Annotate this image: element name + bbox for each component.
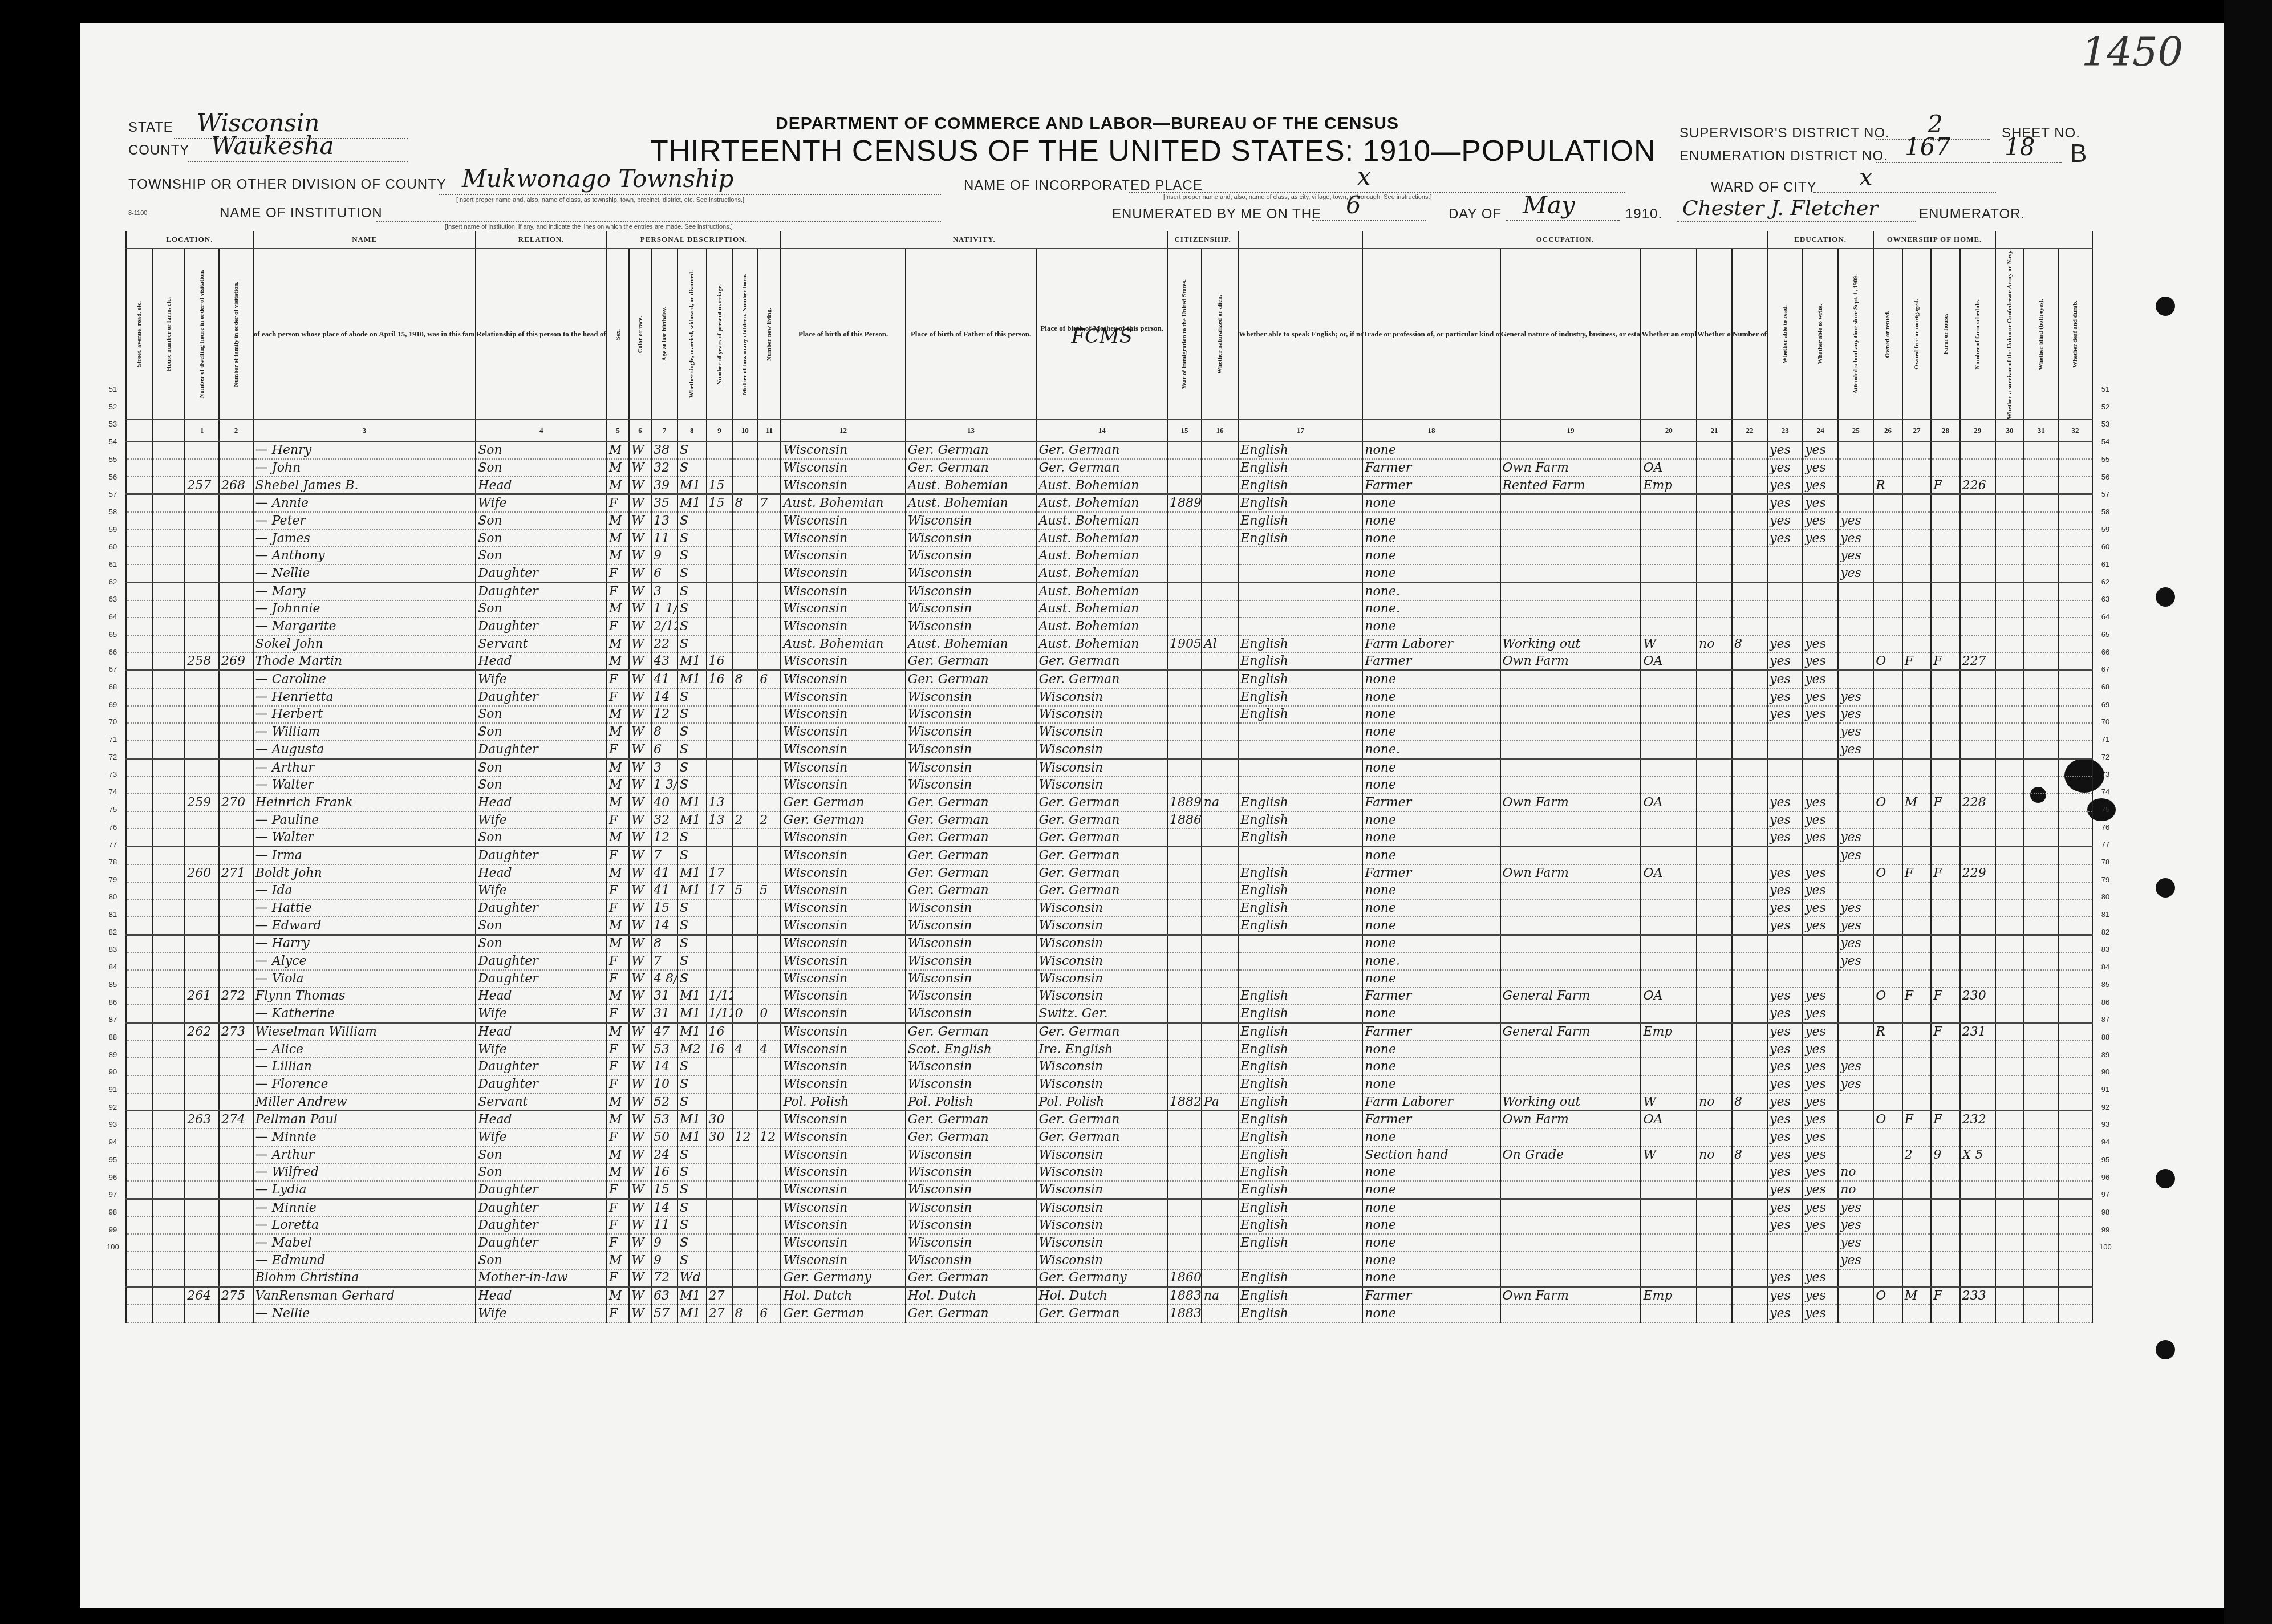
language-cell: English (1238, 688, 1362, 706)
years-married-cell (707, 970, 733, 988)
immigration-year-cell: 1886 (1167, 811, 1202, 829)
industry-cell (1500, 829, 1641, 846)
race-cell: W (629, 758, 651, 776)
dwelling-number-cell (185, 899, 219, 917)
line-number: 77 (2094, 840, 2117, 848)
marital-status-cell: S (677, 512, 707, 530)
free-mortgaged-cell: 2 (1902, 1146, 1932, 1164)
children-living-cell: 6 (757, 671, 781, 688)
veteran-cell (1995, 776, 2024, 794)
free-mortgaged-cell: M (1902, 1287, 1932, 1305)
relationship-cell: Head (476, 477, 607, 494)
out-of-work-cell (1697, 723, 1732, 741)
attended-school-cell (1838, 1305, 1873, 1322)
trade-cell: none (1362, 899, 1500, 917)
can-read-cell: yes (1767, 1146, 1803, 1164)
can-read-cell (1767, 952, 1803, 970)
race-cell: W (629, 1217, 651, 1235)
birthplace-cell: Wisconsin (781, 671, 905, 688)
attended-school-cell (1838, 1146, 1873, 1164)
race-cell: W (629, 706, 651, 724)
industry-cell (1500, 1181, 1641, 1199)
col-name: of each person whose place of abode on A… (253, 249, 476, 420)
sex-cell: M (607, 723, 629, 741)
person-name-cell: Sokel John (253, 635, 476, 653)
father-birthplace-cell: Wisconsin (906, 512, 1037, 530)
col-language: Whether able to speak English; or, if no… (1238, 249, 1362, 420)
immigration-year-cell (1167, 882, 1202, 900)
children-born-cell (733, 1252, 758, 1269)
race-cell: W (629, 829, 651, 846)
years-married-cell: 13 (707, 811, 733, 829)
can-write-cell (1803, 547, 1838, 565)
father-birthplace-cell: Wisconsin (906, 776, 1037, 794)
years-married-cell (707, 512, 733, 530)
farm-house-cell: F (1931, 1023, 1960, 1041)
father-birthplace-cell: Scot. English (906, 1041, 1037, 1058)
free-mortgaged-cell (1902, 706, 1932, 724)
marital-status-cell: S (677, 970, 707, 988)
census-row: 260271Boldt JohnHeadMW41M117WisconsinGer… (126, 864, 2092, 882)
children-born-cell (733, 864, 758, 882)
dwelling-number-cell (185, 1146, 219, 1164)
free-mortgaged-cell (1902, 1234, 1932, 1252)
trade-cell: none (1362, 811, 1500, 829)
marital-status-cell: S (677, 565, 707, 582)
family-number-cell: 274 (219, 1111, 253, 1128)
column-number: 21 (1697, 420, 1732, 441)
mother-birthplace-cell: Aust. Bohemian (1036, 494, 1167, 512)
street-cell (126, 970, 152, 988)
can-write-cell: yes (1803, 512, 1838, 530)
weeks-out-cell (1732, 935, 1767, 952)
house-cell (152, 1041, 185, 1058)
ward-field: x (1813, 174, 1996, 193)
farm-house-cell (1931, 441, 1960, 459)
employment-class-cell (1641, 741, 1697, 758)
trade-cell: none (1362, 494, 1500, 512)
attended-school-cell: yes (1838, 829, 1873, 846)
line-number: 80 (102, 892, 124, 901)
birthplace-cell: Wisconsin (781, 477, 905, 494)
family-number-cell (219, 758, 253, 776)
language-cell (1238, 547, 1362, 565)
employment-class-cell (1641, 829, 1697, 846)
street-cell (126, 494, 152, 512)
attended-school-cell (1838, 970, 1873, 988)
father-birthplace-cell: Wisconsin (906, 582, 1037, 600)
birthplace-cell: Wisconsin (781, 459, 905, 477)
street-cell (126, 776, 152, 794)
line-number: 61 (102, 560, 124, 569)
race-cell: W (629, 494, 651, 512)
sex-cell: M (607, 864, 629, 882)
trade-cell: none (1362, 1041, 1500, 1058)
house-cell (152, 1023, 185, 1041)
father-birthplace-cell: Wisconsin (906, 600, 1037, 618)
col-street: Street, avenue, road, etc. (126, 249, 152, 420)
can-read-cell: yes (1767, 811, 1803, 829)
weeks-out-cell (1732, 1041, 1767, 1058)
relationship-cell: Daughter (476, 1217, 607, 1235)
father-birthplace-cell: Ger. German (906, 1128, 1037, 1146)
birthplace-cell: Ger. Germany (781, 1269, 905, 1287)
age-cell: 50 (651, 1128, 677, 1146)
father-birthplace-cell: Wisconsin (906, 1181, 1037, 1199)
col-years-married: Number of years of present marriage. (707, 249, 733, 420)
line-number: 93 (102, 1120, 124, 1128)
blind-cell (2024, 441, 2058, 459)
blind-cell (2024, 512, 2058, 530)
out-of-work-cell (1697, 1287, 1732, 1305)
owned-rented-cell (1873, 741, 1902, 758)
house-cell (152, 547, 185, 565)
street-cell (126, 811, 152, 829)
dwelling-number-cell (185, 512, 219, 530)
house-cell (152, 917, 185, 935)
age-cell: 32 (651, 811, 677, 829)
industry-cell (1500, 671, 1641, 688)
blind-cell (2024, 1058, 2058, 1075)
corner-stamp: 1450 (2082, 29, 2183, 75)
deaf-cell (2058, 1217, 2092, 1235)
free-mortgaged-cell (1902, 970, 1932, 988)
line-number: 85 (2094, 980, 2117, 989)
trade-cell: none (1362, 917, 1500, 935)
free-mortgaged-cell (1902, 1181, 1932, 1199)
marital-status-cell: M1 (677, 1005, 707, 1022)
can-write-cell: yes (1803, 441, 1838, 459)
industry-cell (1500, 952, 1641, 970)
census-row: — ViolaDaughterFW4 8/12SWisconsinWiscons… (126, 970, 2092, 988)
person-name-cell: — Nellie (253, 565, 476, 582)
line-number: 79 (102, 875, 124, 884)
line-number: 76 (102, 823, 124, 831)
mother-birthplace-cell: Aust. Bohemian (1036, 477, 1167, 494)
person-name-cell: — John (253, 459, 476, 477)
can-read-cell (1767, 847, 1803, 864)
can-read-cell: yes (1767, 1128, 1803, 1146)
line-number: 83 (2094, 945, 2117, 953)
marital-status-cell: M1 (677, 1111, 707, 1128)
owned-rented-cell (1873, 1041, 1902, 1058)
line-number: 66 (102, 648, 124, 656)
immigration-year-cell (1167, 723, 1202, 741)
line-number: 65 (102, 630, 124, 639)
children-born-cell (733, 1217, 758, 1235)
family-number-cell (219, 441, 253, 459)
out-of-work-cell (1697, 671, 1732, 688)
family-number-cell (219, 847, 253, 864)
column-number: 6 (629, 420, 651, 441)
birthplace-cell: Wisconsin (781, 653, 905, 671)
street-cell (126, 1199, 152, 1216)
naturalization-cell (1202, 723, 1238, 741)
person-name-cell: Shebel James B. (253, 477, 476, 494)
blind-cell (2024, 582, 2058, 600)
industry-cell: Own Farm (1500, 794, 1641, 811)
family-number-cell (219, 1217, 253, 1235)
race-cell: W (629, 547, 651, 565)
attended-school-cell: yes (1838, 565, 1873, 582)
father-birthplace-cell: Wisconsin (906, 1252, 1037, 1269)
can-write-cell: yes (1803, 671, 1838, 688)
out-of-work-cell (1697, 882, 1732, 900)
mother-birthplace-cell: Wisconsin (1036, 758, 1167, 776)
years-married-cell (707, 582, 733, 600)
scan-border (2224, 0, 2272, 1624)
farm-schedule-cell (1960, 741, 1995, 758)
can-read-cell (1767, 935, 1803, 952)
sex-cell: F (607, 882, 629, 900)
marital-status-cell: S (677, 1217, 707, 1235)
family-number-cell (219, 1058, 253, 1075)
years-married-cell (707, 688, 733, 706)
father-birthplace-cell: Wisconsin (906, 741, 1037, 758)
line-number: 80 (2094, 892, 2117, 901)
column-number: 11 (757, 420, 781, 441)
person-name-cell: Heinrich Frank (253, 794, 476, 811)
relationship-cell: Son (476, 776, 607, 794)
industry-cell (1500, 547, 1641, 565)
mother-birthplace-cell: Ger. German (1036, 794, 1167, 811)
dwelling-number-cell (185, 1075, 219, 1093)
line-number: 61 (2094, 560, 2117, 569)
farm-house-cell (1931, 741, 1960, 758)
can-write-cell (1803, 565, 1838, 582)
industry-cell (1500, 494, 1641, 512)
farm-schedule-cell: 227 (1960, 653, 1995, 671)
free-mortgaged-cell: F (1902, 653, 1932, 671)
dwelling-number-cell (185, 847, 219, 864)
owned-rented-cell (1873, 1005, 1902, 1022)
employment-class-cell (1641, 811, 1697, 829)
employment-class-cell (1641, 688, 1697, 706)
race-cell: W (629, 530, 651, 547)
industry-cell (1500, 1199, 1641, 1216)
veteran-cell (1995, 917, 2024, 935)
street-cell (126, 1252, 152, 1269)
can-read-cell: yes (1767, 530, 1803, 547)
father-birthplace-cell: Ger. German (906, 1023, 1037, 1041)
group-personal: PERSONAL DESCRIPTION. (607, 231, 781, 249)
deaf-cell (2058, 653, 2092, 671)
language-cell (1238, 776, 1362, 794)
farm-schedule-cell (1960, 1164, 1995, 1182)
line-number: 54 (102, 437, 124, 446)
owned-rented-cell (1873, 1217, 1902, 1235)
attended-school-cell: yes (1838, 917, 1873, 935)
sex-cell: M (607, 512, 629, 530)
naturalization-cell (1202, 952, 1238, 970)
street-cell (126, 1005, 152, 1022)
weeks-out-cell: 8 (1732, 1146, 1767, 1164)
relationship-cell: Daughter (476, 847, 607, 864)
immigration-year-cell (1167, 899, 1202, 917)
col-farm-schedule: Number of farm schedule. (1960, 249, 1995, 420)
farm-house-cell (1931, 512, 1960, 530)
children-living-cell (757, 565, 781, 582)
census-row: — AnthonySonMW9SWisconsinWisconsinAust. … (126, 547, 2092, 565)
mother-birthplace-cell: Wisconsin (1036, 988, 1167, 1005)
out-of-work-cell (1697, 970, 1732, 988)
person-name-cell: — Mabel (253, 1234, 476, 1252)
free-mortgaged-cell (1902, 1305, 1932, 1322)
family-number-cell: 275 (219, 1287, 253, 1305)
sex-cell: M (607, 1252, 629, 1269)
veteran-cell (1995, 952, 2024, 970)
relationship-cell: Daughter (476, 618, 607, 635)
language-cell: English (1238, 477, 1362, 494)
race-cell: W (629, 847, 651, 864)
street-cell (126, 618, 152, 635)
deaf-cell (2058, 582, 2092, 600)
house-cell (152, 671, 185, 688)
deaf-cell (2058, 1234, 2092, 1252)
owned-rented-cell (1873, 1058, 1902, 1075)
house-cell (152, 899, 185, 917)
race-cell: W (629, 618, 651, 635)
industry-cell (1500, 688, 1641, 706)
children-born-cell (733, 741, 758, 758)
naturalization-cell (1202, 758, 1238, 776)
age-cell: 63 (651, 1287, 677, 1305)
farm-schedule-cell (1960, 1269, 1995, 1287)
attended-school-cell (1838, 811, 1873, 829)
attended-school-cell (1838, 1005, 1873, 1022)
farm-house-cell (1931, 1234, 1960, 1252)
street-cell (126, 1075, 152, 1093)
can-write-cell (1803, 970, 1838, 988)
census-row: 258269Thode MartinHeadMW43M116WisconsinG… (126, 653, 2092, 671)
col-family: Number of family in order of visitation. (219, 249, 253, 420)
deaf-cell (2058, 794, 2092, 811)
veteran-cell (1995, 1199, 2024, 1216)
deaf-cell (2058, 776, 2092, 794)
person-name-cell: — Nellie (253, 1305, 476, 1322)
sex-cell: F (607, 565, 629, 582)
line-number: 97 (102, 1190, 124, 1199)
attended-school-cell: yes (1838, 847, 1873, 864)
supervisor-label: Supervisor's District No. (1679, 125, 1890, 141)
weeks-out-cell (1732, 882, 1767, 900)
can-read-cell: yes (1767, 459, 1803, 477)
can-write-cell (1803, 776, 1838, 794)
census-row: Sokel JohnServantMW22SAust. BohemianAust… (126, 635, 2092, 653)
blind-cell (2024, 899, 2058, 917)
line-number: 60 (102, 542, 124, 551)
age-cell: 41 (651, 671, 677, 688)
census-row: — NellieDaughterFW6SWisconsinWisconsinAu… (126, 565, 2092, 582)
farm-house-cell (1931, 776, 1960, 794)
marital-status-cell: M1 (677, 477, 707, 494)
veteran-cell (1995, 1234, 2024, 1252)
race-cell: W (629, 1287, 651, 1305)
employment-class-cell: OA (1641, 794, 1697, 811)
attended-school-cell (1838, 441, 1873, 459)
race-cell: W (629, 1111, 651, 1128)
farm-schedule-cell: X 5 (1960, 1146, 1995, 1164)
house-cell (152, 494, 185, 512)
person-name-cell: — Caroline (253, 671, 476, 688)
farm-house-cell (1931, 935, 1960, 952)
language-cell: English (1238, 1269, 1362, 1287)
person-name-cell: — Mary (253, 582, 476, 600)
dwelling-number-cell: 257 (185, 477, 219, 494)
line-number: 51 (102, 385, 124, 393)
owned-rented-cell: R (1873, 1023, 1902, 1041)
birthplace-cell: Wisconsin (781, 1041, 905, 1058)
race-cell: W (629, 1305, 651, 1322)
naturalization-cell (1202, 935, 1238, 952)
street-cell (126, 530, 152, 547)
industry-cell (1500, 811, 1641, 829)
relationship-cell: Son (476, 723, 607, 741)
col-house: House number or farm, etc. (152, 249, 185, 420)
age-cell: 31 (651, 988, 677, 1005)
family-number-cell (219, 1252, 253, 1269)
line-number: 54 (2094, 437, 2117, 446)
out-of-work-cell (1697, 935, 1732, 952)
sex-cell: M (607, 1164, 629, 1182)
relationship-cell: Wife (476, 1305, 607, 1322)
sex-cell: F (607, 1041, 629, 1058)
person-name-cell: — Minnie (253, 1128, 476, 1146)
deaf-cell (2058, 864, 2092, 882)
farm-house-cell (1931, 1305, 1960, 1322)
out-of-work-cell (1697, 917, 1732, 935)
language-cell (1238, 758, 1362, 776)
can-write-cell: yes (1803, 1164, 1838, 1182)
language-cell: English (1238, 530, 1362, 547)
immigration-year-cell (1167, 1234, 1202, 1252)
house-cell (152, 758, 185, 776)
dwelling-number-cell (185, 1005, 219, 1022)
house-cell (152, 1269, 185, 1287)
binder-hole (2156, 1340, 2175, 1359)
children-living-cell (757, 758, 781, 776)
language-cell: English (1238, 794, 1362, 811)
dwelling-number-cell (185, 671, 219, 688)
can-write-cell: yes (1803, 1023, 1838, 1041)
free-mortgaged-cell (1902, 459, 1932, 477)
township-label: Township or other division of county (128, 177, 447, 193)
out-of-work-cell (1697, 1128, 1732, 1146)
free-mortgaged-cell (1902, 1075, 1932, 1093)
years-married-cell (707, 441, 733, 459)
blind-cell (2024, 723, 2058, 741)
employment-class-cell (1641, 1164, 1697, 1182)
col-free-mortgaged: Owned free or mortgaged. (1902, 249, 1932, 420)
veteran-cell (1995, 459, 2024, 477)
years-married-cell: 16 (707, 1041, 733, 1058)
col-naturalized: Whether naturalized or alien. (1202, 249, 1238, 420)
col-marital: Whether single, married, widowed, or div… (677, 249, 707, 420)
farm-house-cell (1931, 882, 1960, 900)
can-write-cell (1803, 1234, 1838, 1252)
line-number: 55 (102, 455, 124, 464)
race-cell: W (629, 776, 651, 794)
birthplace-cell: Ger. German (781, 811, 905, 829)
children-born-cell (733, 1269, 758, 1287)
street-cell (126, 988, 152, 1005)
family-number-cell (219, 565, 253, 582)
farm-house-cell (1931, 899, 1960, 917)
weeks-out-cell (1732, 1287, 1767, 1305)
can-write-cell: yes (1803, 1269, 1838, 1287)
relationship-cell: Head (476, 653, 607, 671)
mother-birthplace-cell: Wisconsin (1036, 741, 1167, 758)
